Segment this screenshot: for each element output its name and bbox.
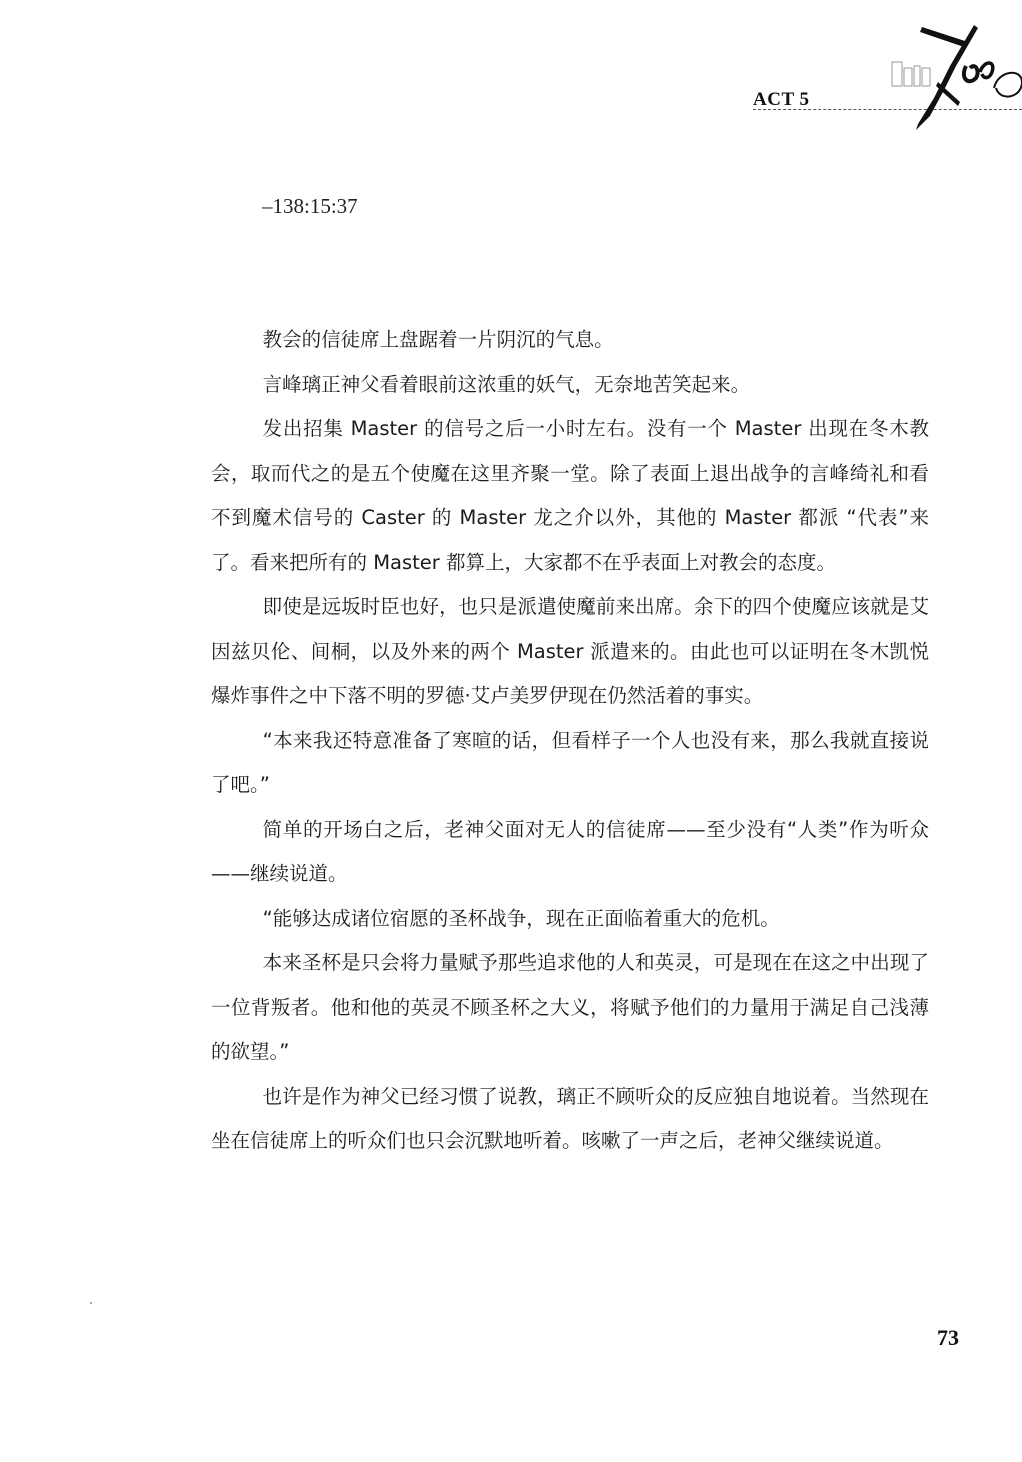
- paragraph: 本来圣杯是只会将力量赋予那些追求他的人和英灵，可是现在在这之中出现了一位背叛者。…: [211, 941, 929, 1075]
- paragraph: 也许是作为神父已经习惯了说教，璃正不顾听众的反应独自地说着。当然现在坐在信徒席上…: [211, 1075, 929, 1164]
- paragraph: 发出招集 Master 的信号之后一小时左右。没有一个 Master 出现在冬木…: [211, 407, 929, 585]
- body-text: 教会的信徒席上盘踞着一片阴沉的气息。 言峰璃正神父看着眼前这浓重的妖气，无奈地苦…: [211, 318, 929, 1164]
- chapter-timestamp: –138:15:37: [262, 194, 358, 219]
- paragraph: “能够达成诸位宿愿的圣杯战争，现在正面临着重大的危机。: [211, 897, 929, 942]
- paragraph: 言峰璃正神父看着眼前这浓重的妖气，无奈地苦笑起来。: [211, 363, 929, 408]
- paragraph: 即使是远坂时臣也好，也只是派遣使魔前来出席。余下的四个使魔应该就是艾因兹贝伦、间…: [211, 585, 929, 719]
- paragraph: 简单的开场白之后，老神父面对无人的信徒席——至少没有“人类”作为听众——继续说道…: [211, 808, 929, 897]
- act-label: ACT 5: [753, 89, 810, 111]
- scan-speck: [90, 1302, 92, 1304]
- paragraph: 教会的信徒席上盘踞着一片阴沉的气息。: [211, 318, 929, 363]
- running-header: ACT 5: [740, 20, 1022, 140]
- paragraph: “本来我还特意准备了寒暄的话，但看样子一个人也没有来，那么我就直接说了吧。”: [211, 719, 929, 808]
- page-number: 73: [937, 1325, 959, 1351]
- fate-zero-logo-icon: [860, 20, 1022, 140]
